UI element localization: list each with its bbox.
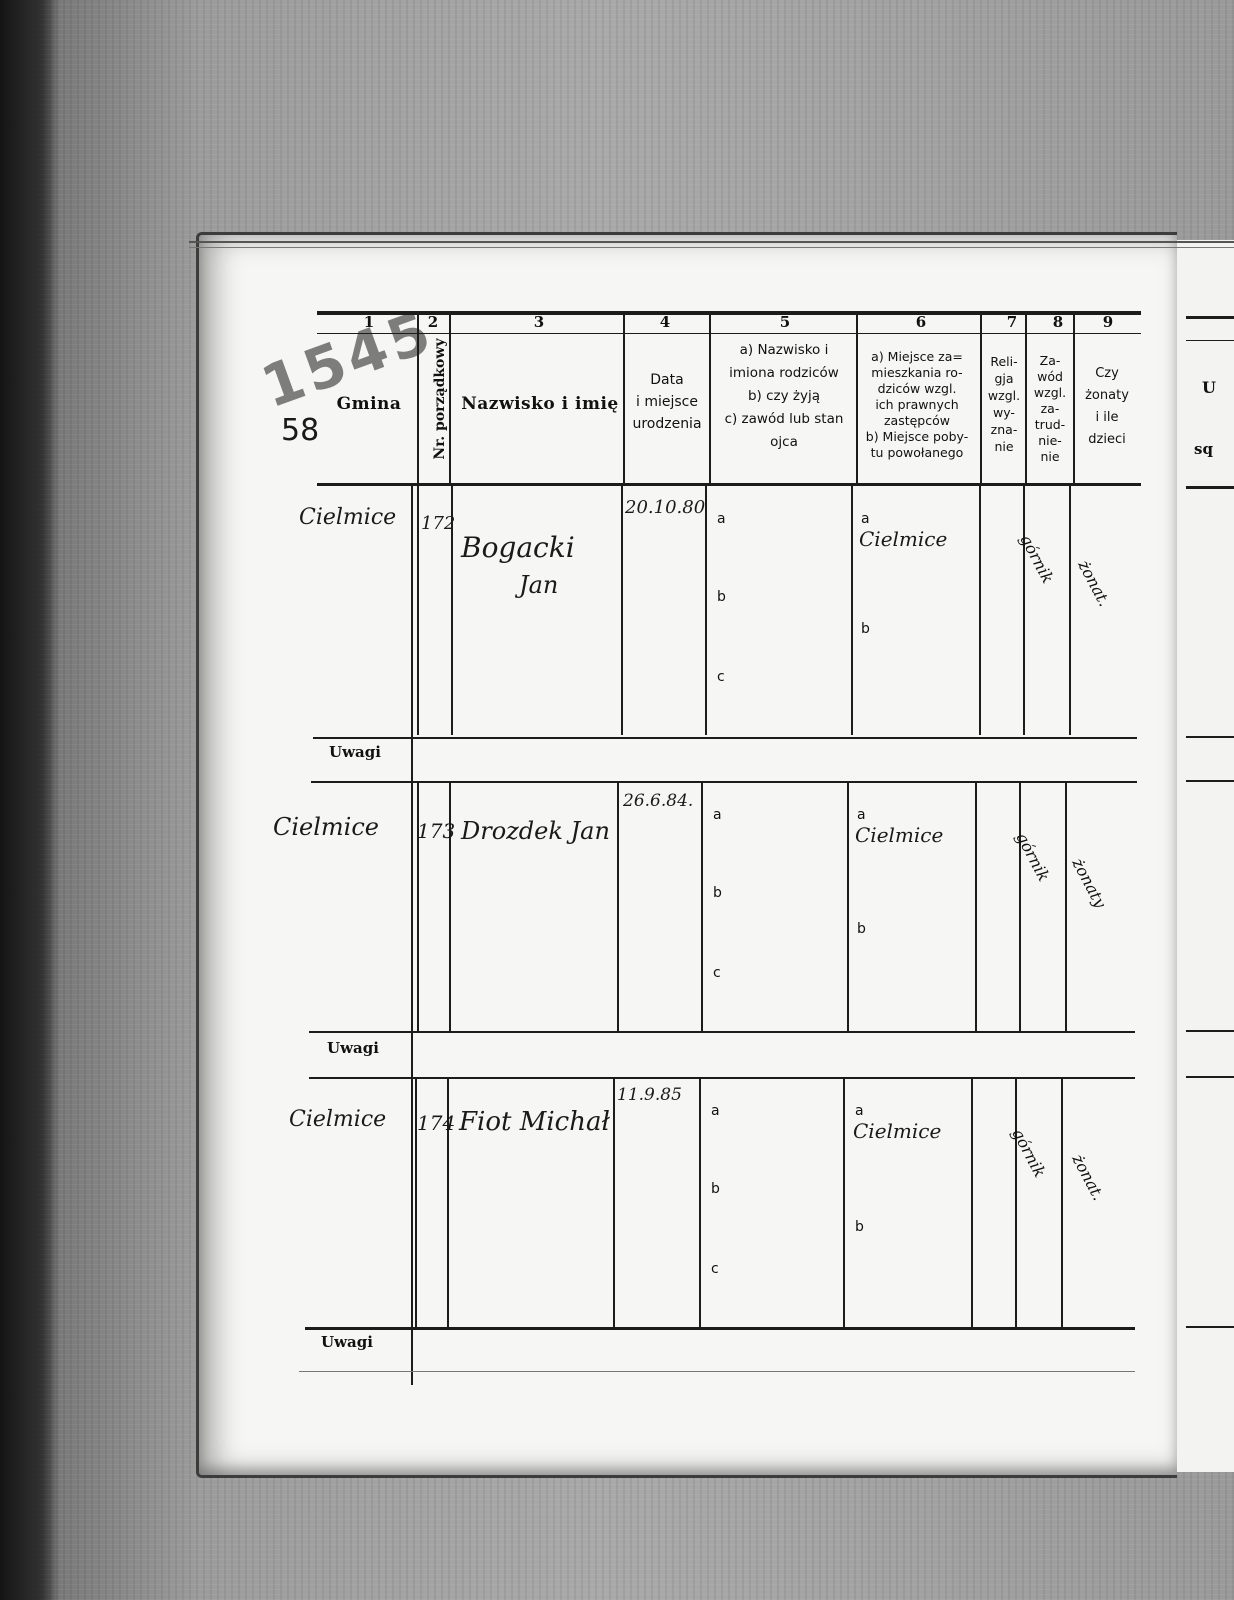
gmina-value: Cielmice [289,1107,386,1132]
gmina-value: Cielmice [299,505,396,530]
header-gmina: Gmina [329,395,409,413]
subfield-b: b [855,1219,864,1235]
column-number-4: 4 [645,313,685,331]
subfield-b: b [713,885,722,901]
margin-line [411,485,413,1385]
column-number-9: 9 [1093,313,1123,331]
remarks-label: Uwagi [327,1039,379,1057]
col-divider [699,1079,701,1329]
col-divider [847,783,849,1031]
col-divider [449,315,451,483]
col-divider [856,315,858,483]
name-value: Bogacki [461,531,575,564]
birth-date-value: 11.9.85 [617,1085,682,1105]
rule [1186,780,1234,782]
column-number-1: 1 [349,313,389,331]
page-number: 58 [281,413,319,448]
col-divider [1061,1079,1063,1329]
column-number-8: 8 [1043,313,1073,331]
header-miejsce-zamieszkania: a) Miejsce za= mieszkania ro- dziców wzg… [855,349,979,461]
next-page-text: U [1202,378,1216,397]
col-divider [851,485,853,735]
remarks-label: Uwagi [329,743,381,761]
col-divider [1073,315,1075,483]
marital-value: żonaty [1068,855,1110,911]
subfield-c: c [711,1261,719,1277]
header-nazwisko-imie: Nazwisko i imię [455,395,625,413]
col-divider [971,1079,973,1329]
header-data-urodzenia: Data i miejsce urodzenia [625,369,709,435]
header-zawod: Za- wód wzgl. za- trud- nie- nie [1027,353,1073,465]
col-divider [621,485,623,735]
birth-date-value: 26.6.84. [623,791,693,811]
header-zonaty: Czy żonaty i ile dzieci [1075,363,1139,451]
remarks-label: Uwagi [321,1333,373,1351]
next-page-text: sq [1194,440,1213,458]
subfield-b: b [861,621,870,637]
name-value-line2: Jan [519,571,558,599]
col-divider [975,783,977,1031]
header-rodzice: a) Nazwisko i imiona rodziców b) czy żyj… [709,339,859,454]
rule [1186,486,1234,489]
name-value: Fiot Michał [459,1107,610,1137]
header-bottom-rule [317,483,1141,486]
gmina-value: Cielmice [273,813,379,841]
row-rule [311,781,1137,783]
column-number-6: 6 [901,313,941,331]
col-divider [613,1079,615,1329]
col-divider [709,315,711,483]
row-rule [299,1371,1135,1372]
col-divider [843,1079,845,1329]
subfield-a: a [717,511,726,527]
subfield-a: a [855,1103,864,1119]
rule [1186,1030,1234,1032]
nr-value: 172 [421,513,455,534]
subfield-a: a [711,1103,720,1119]
subfield-c: c [713,965,721,981]
rule [1186,340,1234,341]
column-number-5: 5 [765,313,805,331]
nr-value: 174 [417,1111,455,1135]
col-divider [1023,485,1025,735]
header-religia: Reli- gja wzgl. wy- zna- nie [982,353,1026,455]
col-divider [1025,315,1027,483]
col-divider [1019,783,1021,1031]
col-divider [979,485,981,735]
nr-value: 173 [417,819,455,843]
rule [1186,736,1234,738]
row-rule [309,1031,1135,1033]
residence-value: Cielmice [855,823,943,847]
rule [1186,1326,1234,1328]
subfield-b: b [711,1181,720,1197]
scan-edge-shadow [0,0,55,1600]
residence-value: Cielmice [853,1119,941,1143]
marital-value: żonat. [1074,557,1114,610]
subfield-a: a [857,807,866,823]
rule [1186,1076,1234,1078]
col-divider [417,315,419,483]
row-rule [313,737,1137,739]
col-divider [623,315,625,483]
col-divider [980,315,982,483]
subfield-c: c [717,669,725,685]
birth-date-value: 20.10.80 [625,497,705,518]
rule [1186,316,1234,319]
col-divider [417,485,419,735]
column-number-3: 3 [519,313,559,331]
row-rule [305,1327,1135,1330]
residence-value: Cielmice [859,527,947,551]
subfield-a: a [861,511,870,527]
col-divider [617,783,619,1031]
marital-value: żonat. [1068,1151,1108,1204]
col-divider [701,783,703,1031]
col-divider [1015,1079,1017,1329]
header-nr-porzadkowy: Nr. porządkowy [431,324,449,474]
subfield-b: b [857,921,866,937]
column-number-7: 7 [997,313,1027,331]
name-value: Drozdek Jan [461,817,610,845]
subfield-b: b [717,589,726,605]
subfield-a: a [713,807,722,823]
col-divider [705,485,707,735]
col-divider [1065,783,1067,1031]
row-rule [309,1077,1135,1079]
register-sheet: 1545 58 1 2 3 4 5 6 7 8 9 Gmina Nr. porz… [196,232,1177,1478]
col-divider [1069,485,1071,735]
